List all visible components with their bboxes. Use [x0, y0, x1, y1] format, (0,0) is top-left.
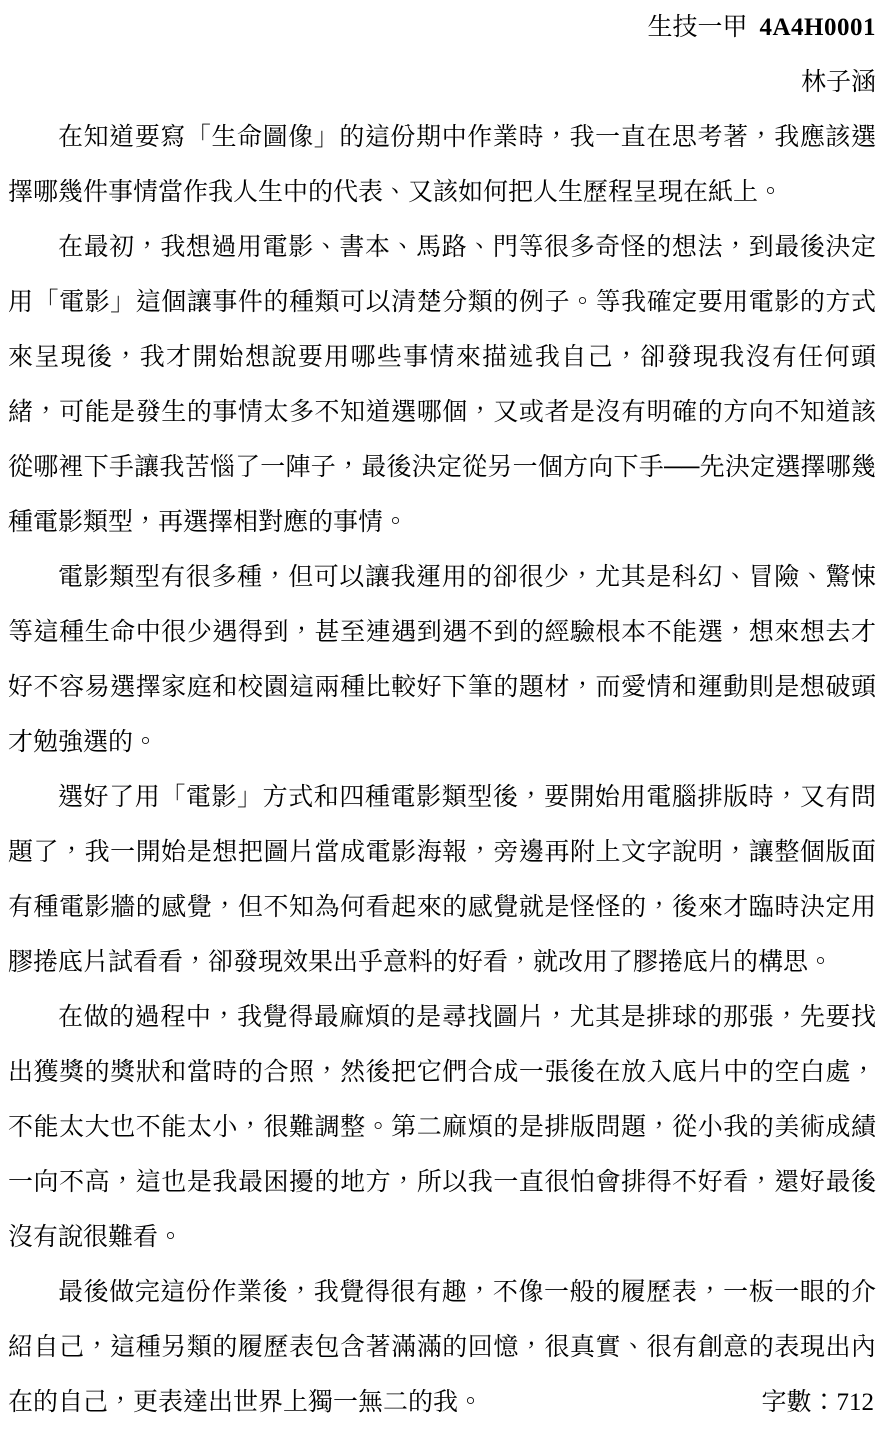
- header-author-line: 林子涵: [8, 55, 876, 110]
- essay-paragraph: 在知道要寫「生命圖像」的這份期中作業時，我一直在思考著，我應該選擇哪幾件事情當作…: [8, 110, 876, 220]
- essay-paragraph: 在最初，我想過用電影、書本、馬路、門等很多奇怪的想法，到最後決定用「電影」這個讓…: [8, 220, 876, 550]
- header-class-line: 生技一甲4A4H0001: [8, 0, 876, 55]
- author-name: 林子涵: [801, 69, 876, 96]
- essay-paragraph: 在做的過程中，我覺得最麻煩的是尋找圖片，尤其是排球的那張，先要找出獲獎的獎狀和當…: [8, 990, 876, 1265]
- essay-body: 在知道要寫「生命圖像」的這份期中作業時，我一直在思考著，我應該選擇哪幾件事情當作…: [8, 110, 876, 1430]
- word-count: 字數：712: [761, 1375, 874, 1430]
- essay-paragraph: 選好了用「電影」方式和四種電影類型後，要開始用電腦排版時，又有問題了，我一開始是…: [8, 770, 876, 990]
- class-name: 生技一甲: [647, 14, 747, 41]
- essay-paragraph: 最後做完這份作業後，我覺得很有趣，不像一般的履歷表，一板一眼的介紹自己，這種另類…: [8, 1265, 876, 1430]
- document-page: 生技一甲4A4H0001 林子涵 在知道要寫「生命圖像」的這份期中作業時，我一直…: [0, 0, 884, 1453]
- essay-paragraph: 電影類型有很多種，但可以讓我運用的卻很少，尤其是科幻、冒險、驚悚等這種生命中很少…: [8, 550, 876, 770]
- document-header: 生技一甲4A4H0001 林子涵: [8, 0, 876, 110]
- student-id: 4A4H0001: [760, 14, 877, 41]
